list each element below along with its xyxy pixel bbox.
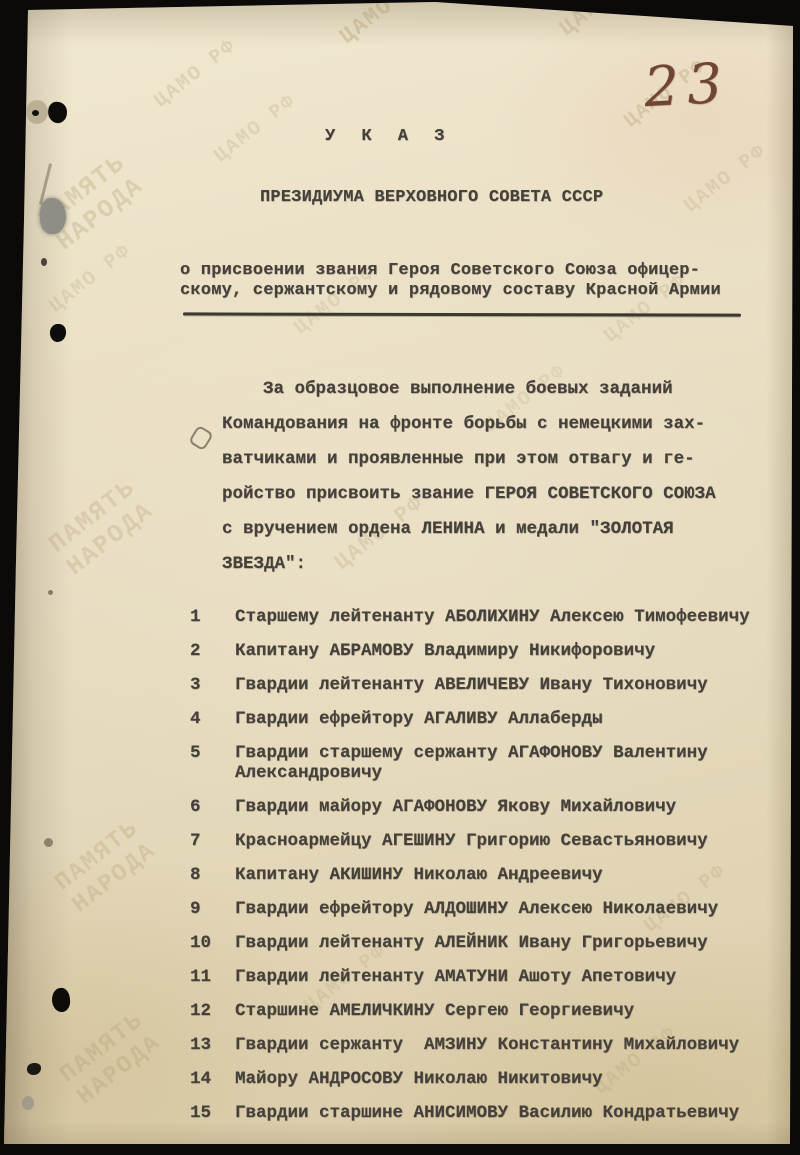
paper-hole — [188, 425, 214, 451]
recipient-name: Гвардии старшему сержанту АГАФОНОВУ Вале… — [235, 744, 770, 783]
recipient-name: Гвардии старшине АНИСИМОВУ Василию Кондр… — [235, 1104, 770, 1124]
recipient-name: Старшине АМЕЛИЧКИНУ Сергею Георгиевичу — [235, 1002, 770, 1022]
recipient-name: Гвардии лейтенанту АВЕЛИЧЕВУ Ивану Тихон… — [235, 676, 770, 696]
paper-hole — [44, 838, 53, 847]
page-number-handwritten: 23 — [642, 49, 765, 119]
watermark-memory-label: ПАМЯТЬ НАРОДА — [30, 146, 154, 260]
watermark-archive-label: ЦАМО РФ — [45, 240, 136, 318]
recipient-name: Капитану АБРАМОВУ Владимиру Никифоровичу — [235, 642, 770, 662]
watermark-memory-label: ПАМЯТЬ НАРОДА — [40, 471, 164, 585]
paper-hole — [50, 324, 66, 342]
body-line: За образцовое выполнение боевых заданий — [222, 372, 732, 407]
paper-hole — [39, 163, 52, 204]
watermark-archive-label: ЦАМО РФ — [680, 140, 771, 218]
watermark-memory-label: ПАМЯТЬ НАРОДА — [50, 1003, 172, 1115]
recipient-row: 14Майору АНДРОСОВУ Николаю Никитовичу — [190, 1070, 780, 1090]
subject-line: о присвоении звания Героя Советского Сою… — [180, 261, 721, 281]
recipient-row: 7Красноармейцу АГЕШИНУ Григорию Севастья… — [190, 832, 780, 852]
recipient-name: Гвардии лейтенанту АМАТУНИ Ашоту Апетови… — [235, 968, 770, 988]
recipient-row: 3Гвардии лейтенанту АВЕЛИЧЕВУ Ивану Тихо… — [190, 676, 780, 696]
recipient-number: 8 — [190, 866, 235, 886]
paper-hole — [22, 1096, 34, 1110]
paper-hole — [50, 987, 71, 1013]
issuing-body: ПРЕЗИДИУМА ВЕРХОВНОГО СОВЕТА СССР — [260, 188, 603, 207]
recipient-row: 9Гвардии ефрейтору АЛДОШИНУ Алексею Нико… — [190, 900, 780, 920]
body-line: ЗВЕЗДА": — [222, 547, 732, 582]
recipient-row: 5Гвардии старшему сержанту АГАФОНОВУ Вал… — [190, 744, 780, 783]
decree-body: За образцовое выполнение боевых заданийК… — [222, 372, 732, 582]
recipient-name: Красноармейцу АГЕШИНУ Григорию Севастьян… — [235, 832, 770, 852]
recipient-number: 10 — [190, 934, 235, 954]
recipient-name: Гвардии ефрейтору АЛДОШИНУ Алексею Никол… — [235, 900, 770, 920]
paper-sheet: ЦАМО РФЦАМО РФЦАМО РФЦАМО РФЦАМО РФЦАМО … — [0, 0, 800, 1155]
paper-edge-shadow-top — [0, 0, 800, 46]
recipient-row: 6Гвардии майору АГАФОНОВУ Якову Михайлов… — [190, 798, 780, 818]
recipient-row: 11Гвардии лейтенанту АМАТУНИ Ашоту Апето… — [190, 968, 780, 988]
watermark-archive-label: ЦАМО РФ — [210, 90, 301, 168]
recipient-number: 6 — [190, 798, 235, 818]
paper-hole — [27, 1063, 41, 1075]
body-line: с вручением ордена ЛЕНИНА и медали "ЗОЛО… — [222, 512, 732, 547]
recipient-number: 14 — [190, 1070, 235, 1090]
recipient-row: 4Гвардии ефрейтору АГАЛИВУ Аллаберды — [190, 710, 780, 730]
recipient-name: Майору АНДРОСОВУ Николаю Никитовичу — [235, 1070, 770, 1090]
recipient-row: 10Гвардии лейтенанту АЛЕЙНИК Ивану Григо… — [190, 934, 780, 954]
paper-hole — [41, 258, 47, 266]
recipient-number: 12 — [190, 1002, 235, 1022]
subject-underline-rule — [183, 312, 741, 316]
recipient-number: 3 — [190, 676, 235, 696]
recipient-number: 9 — [190, 900, 235, 920]
recipient-row: 13Гвардии сержанту АМЗИНУ Константину Ми… — [190, 1036, 780, 1056]
recipient-number: 1 — [190, 608, 235, 628]
recipient-name: Гвардии лейтенанту АЛЕЙНИК Ивану Григорь… — [235, 934, 770, 954]
watermark-archive-label: ЦАМО РФ — [335, 0, 434, 50]
recipient-number: 7 — [190, 832, 235, 852]
recipient-name: Гвардии сержанту АМЗИНУ Константину Миха… — [235, 1036, 770, 1056]
recipient-list: 1Старшему лейтенанту АБОЛИХИНУ Алексею Т… — [190, 608, 780, 1138]
subject-line: скому, сержантскому и рядовому составу К… — [180, 281, 721, 301]
scanned-document-page: ЦАМО РФЦАМО РФЦАМО РФЦАМО РФЦАМО РФЦАМО … — [0, 0, 800, 1155]
watermark-archive-label: ЦАМО РФ — [150, 35, 241, 113]
watermark-memory-label: ПАМЯТЬ НАРОДА — [45, 811, 167, 923]
paper-hole — [48, 590, 53, 595]
recipient-row: 1Старшему лейтенанту АБОЛИХИНУ Алексею Т… — [190, 608, 780, 628]
paper-edge-shadow-left — [0, 0, 72, 1155]
paper-hole — [46, 101, 68, 125]
decree-title: У К А З — [325, 127, 452, 146]
recipient-number: 4 — [190, 710, 235, 730]
recipient-name: Гвардии ефрейтору АГАЛИВУ Аллаберды — [235, 710, 770, 730]
recipient-row: 8Капитану АКИШИНУ Николаю Андреевичу — [190, 866, 780, 886]
recipient-name: Гвардии майору АГАФОНОВУ Якову Михайлови… — [235, 798, 770, 818]
body-line: ройство присвоить звание ГЕРОЯ СОВЕТСКОГ… — [222, 477, 732, 512]
recipient-row: 2Капитану АБРАМОВУ Владимиру Никифорович… — [190, 642, 780, 662]
recipient-number: 13 — [190, 1036, 235, 1056]
paper-hole — [32, 110, 39, 116]
recipient-number: 11 — [190, 968, 235, 988]
recipient-number: 15 — [190, 1104, 235, 1124]
recipient-number: 5 — [190, 744, 235, 783]
recipient-number: 2 — [190, 642, 235, 662]
recipient-row: 12Старшине АМЕЛИЧКИНУ Сергею Георгиевичу — [190, 1002, 780, 1022]
recipient-row: 15Гвардии старшине АНИСИМОВУ Василию Кон… — [190, 1104, 780, 1124]
recipient-name: Капитану АКИШИНУ Николаю Андреевичу — [235, 866, 770, 886]
body-line: ватчиками и проявленные при этом отвагу … — [222, 442, 732, 477]
paper-hole — [40, 198, 66, 234]
decree-subject: о присвоении звания Героя Советского Сою… — [180, 261, 721, 301]
recipient-name: Старшему лейтенанту АБОЛИХИНУ Алексею Ти… — [235, 608, 770, 628]
body-line: Командования на фронте борьбы с немецким… — [222, 407, 732, 442]
watermark-archive-label: ЦАМО РФ — [555, 0, 654, 42]
paper-hole — [26, 100, 48, 124]
